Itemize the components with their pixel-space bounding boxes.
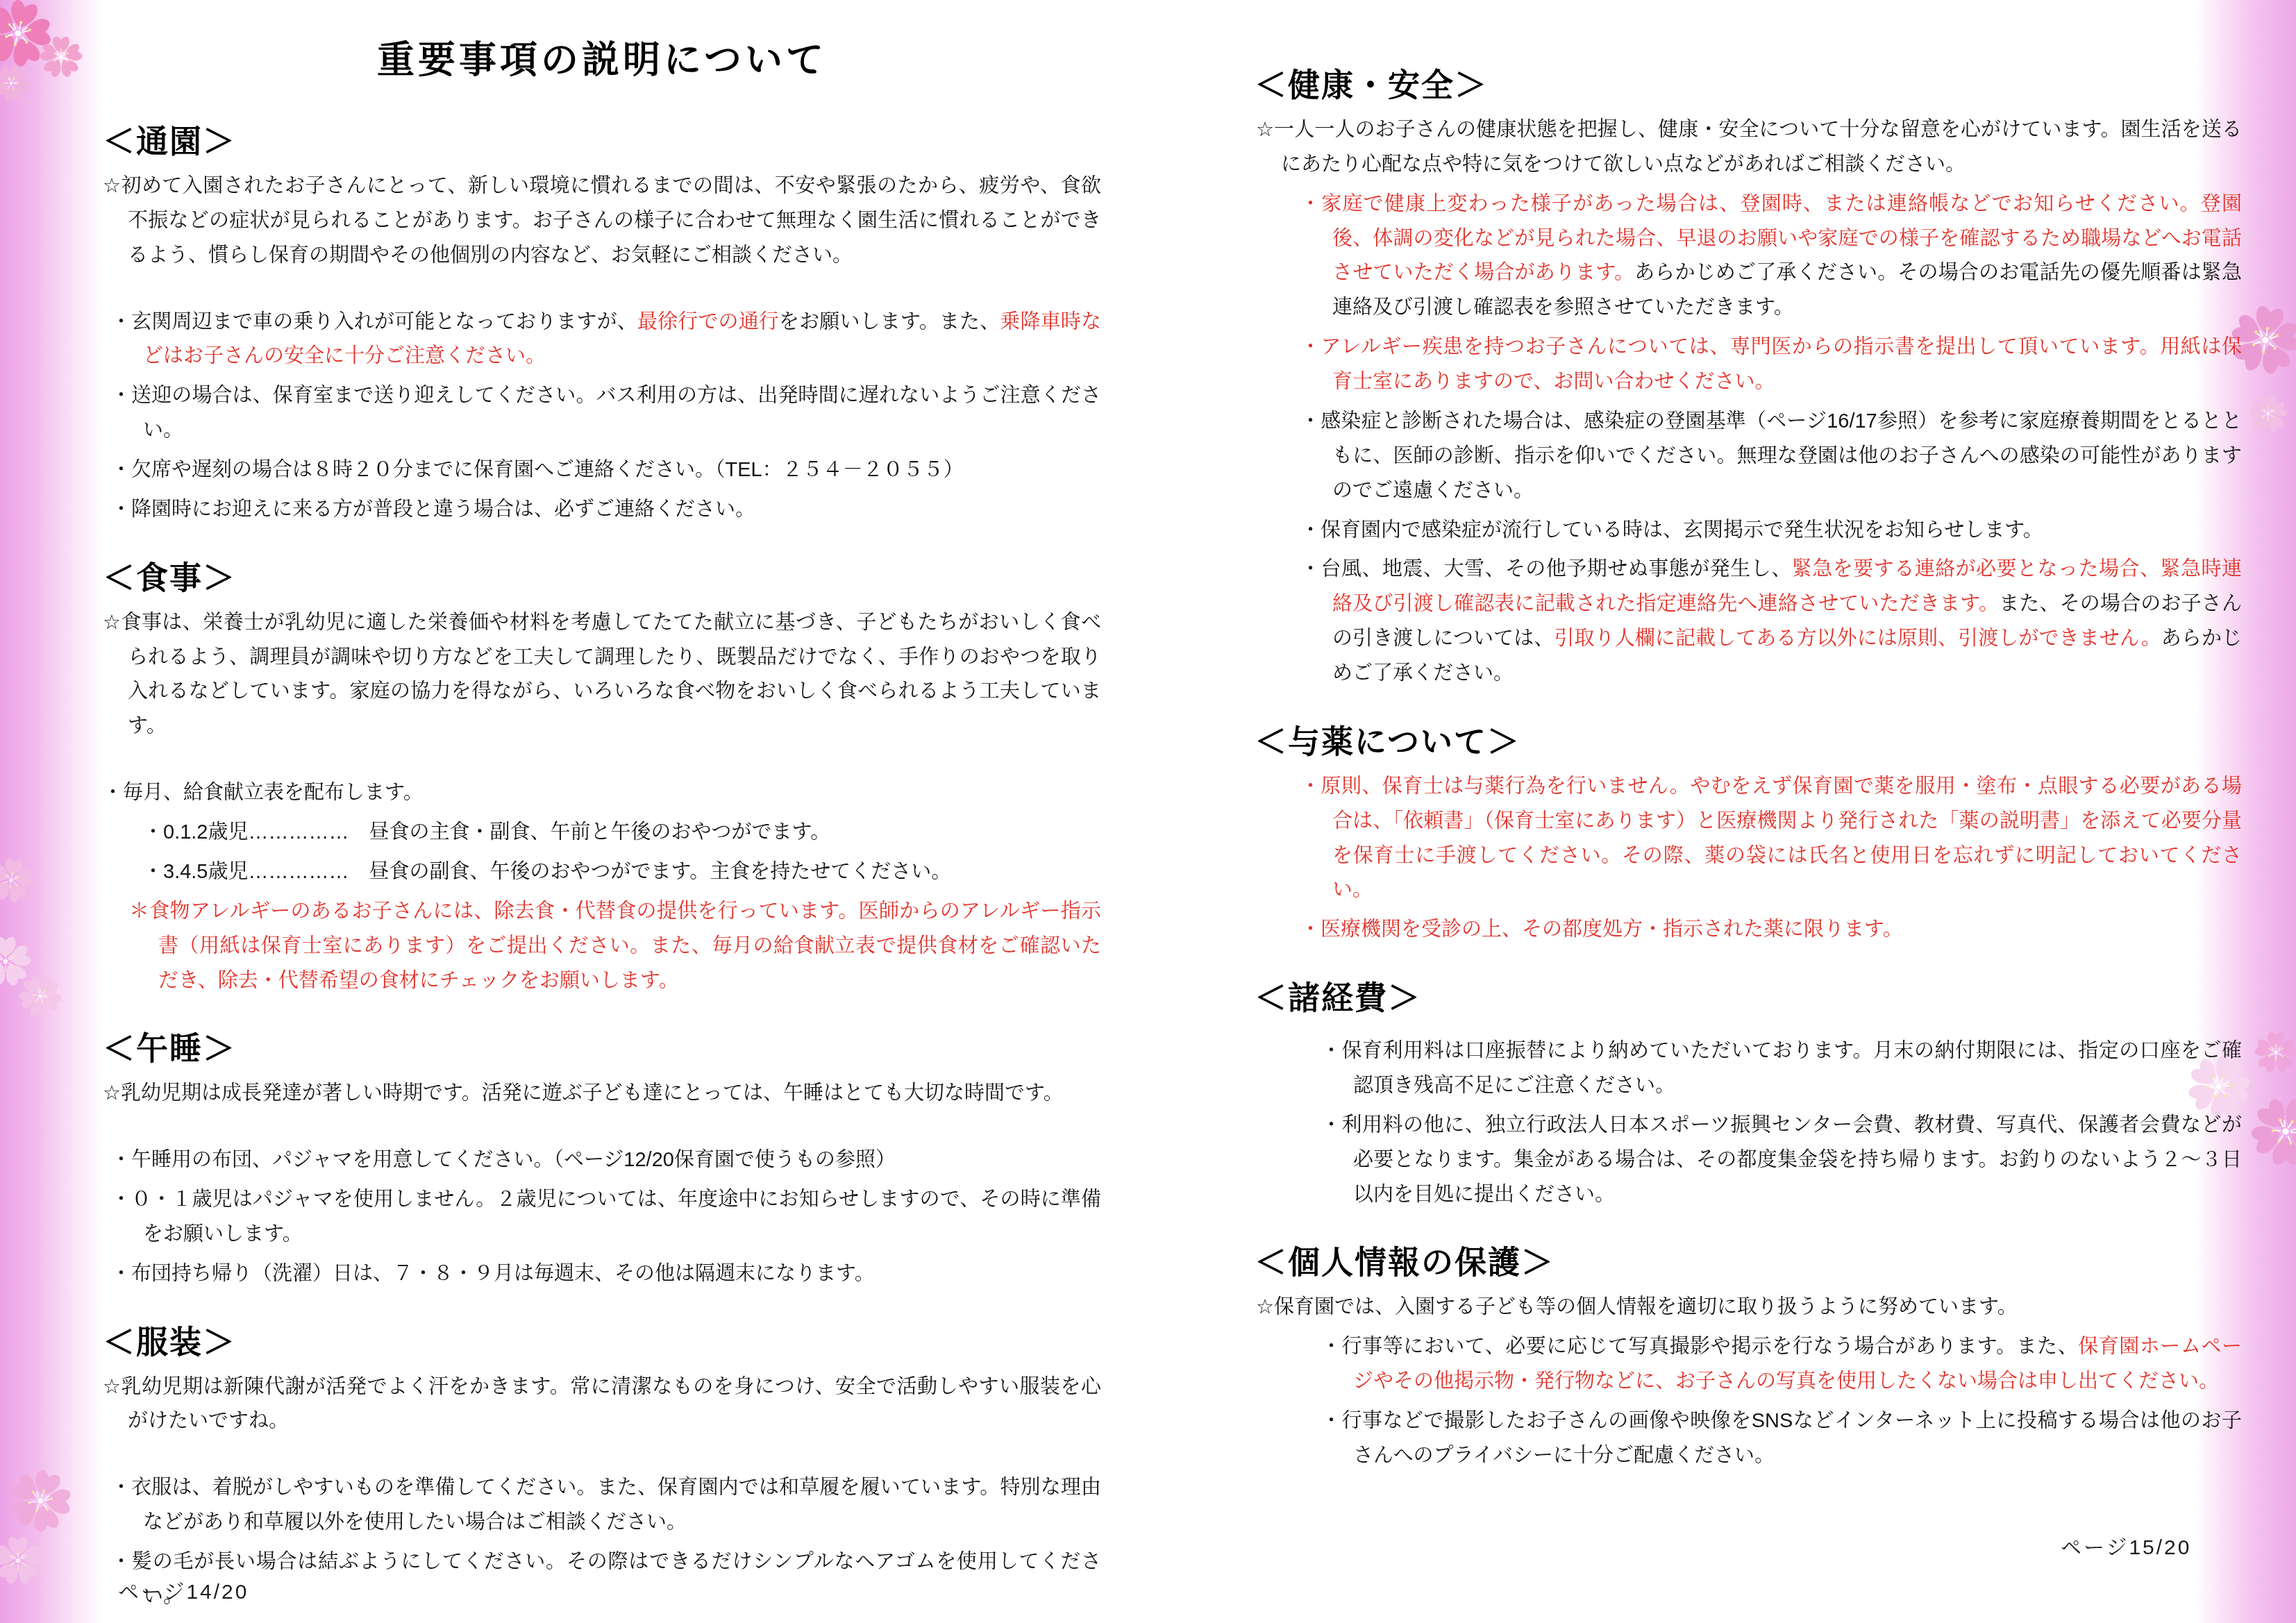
paragraph: ☆初めて入園されたお子さんにとって、新しい環境に慣れるまでの間は、不安や緊張のた… bbox=[103, 169, 1101, 274]
page-left: 重要事項の説明について ＜通園＞☆初めて入園されたお子さんにとって、新しい環境に… bbox=[103, 24, 1101, 1620]
text-segment: ☆一人一人のお子さんの健康状態を把握し、健康・安全について十分な留意を心がけてい… bbox=[1256, 119, 2242, 176]
sakura-flower-icon bbox=[2236, 1084, 2296, 1181]
sakura-flower-icon bbox=[2249, 396, 2288, 433]
text-segment: ・送迎の場合は、保育室まで送り迎えしてください。バス利用の方は、出発時間に遅れな… bbox=[111, 385, 1101, 442]
paragraph: ・衣服は、着脱がしやすいものを準備してください。また、保育園内では和草履を履いて… bbox=[111, 1471, 1101, 1540]
text-segment: ☆乳幼児期は成長発達が著しい時期です。活発に遊ぶ子ども達にとっては、午睡はとても… bbox=[103, 1082, 1064, 1104]
sakura-flower-icon bbox=[0, 1537, 44, 1586]
text-segment: ☆初めて入園されたお子さんにとって、新しい環境に慣れるまでの間は、不安や緊張のた… bbox=[103, 175, 1101, 267]
text-segment: ・午睡用の布団、パジャマを用意してください。（ページ12/20保育園で使うもの参… bbox=[111, 1149, 896, 1171]
sakura-flower-icon bbox=[0, 1461, 81, 1541]
page-right: ＜健康・安全＞☆一人一人のお子さんの健康状態を把握し、健康・安全について十分な留… bbox=[1255, 25, 2242, 1479]
paragraph: ・アレルギー疾患を持つお子さんについては、専門医からの指示書を提出して頂いていま… bbox=[1300, 330, 2242, 400]
text-segment: ・０・１歳児はパジャマを使用しません。２歳児については、年度途中にお知らせします… bbox=[111, 1188, 1101, 1245]
paragraph: ・台風、地震、大雪、その他予期せぬ事態が発生し、緊急を要する連絡が必要となった場… bbox=[1300, 553, 2242, 691]
sakura-flower-icon bbox=[39, 37, 83, 78]
text-segment: ・降園時にお迎えに来る方が普段と違う場合は、必ずご連絡ください。 bbox=[111, 498, 755, 521]
text-segment: ・0.1.2歳児…………… 昼食の主食・副食、午前と午後のおやつがでます。 bbox=[143, 821, 830, 843]
paragraph: ・医療機関を受診の上、その都度処方・指示された薬に限ります。 bbox=[1300, 913, 2242, 948]
page-number-left: ページ14/20 bbox=[118, 1574, 249, 1605]
paragraph: ・降園時にお迎えに来る方が普段と違う場合は、必ずご連絡ください。 bbox=[111, 493, 1101, 528]
text-segment: ・保育園内で感染症が流行している時は、玄関掲示で発生状況をお知らせします。 bbox=[1300, 519, 2043, 541]
paragraph: ・欠席や遅刻の場合は８時２０分までに保育園へご連絡ください。（TEL：２５４－２… bbox=[111, 453, 1101, 488]
paragraph: ・保育園内で感染症が流行している時は、玄関掲示で発生状況をお知らせします。 bbox=[1300, 514, 2242, 548]
sakura-flower-icon bbox=[0, 0, 60, 75]
section-heading: ＜健康・安全＞ bbox=[1255, 67, 2242, 103]
paragraph: ・0.1.2歳児…………… 昼食の主食・副食、午前と午後のおやつがでます。 bbox=[143, 816, 1101, 850]
text-segment: ・3.4.5歳児…………… 昼食の副食、午後のおやつがでます。主食を持たせてくだ… bbox=[143, 861, 951, 883]
text-segment: ・衣服は、着脱がしやすいものを準備してください。また、保育園内では和草履を履いて… bbox=[111, 1477, 1101, 1533]
text-segment: ☆食事は、栄養士が乳幼児に適した栄養価や材料を考慮してたてた献立に基づき、子ども… bbox=[103, 612, 1101, 738]
paragraph: ☆保育園では、入園する子ども等の個人情報を適切に取り扱うように努めています。 bbox=[1256, 1290, 2242, 1325]
text-segment: ・布団持ち帰り（洗濯）日は、７・８・９月は毎週末、その他は隔週末になります。 bbox=[111, 1263, 875, 1285]
paragraph: ・原則、保育士は与薬行為を行いません。やむをえず保育園で薬を服用・塗布・点眼する… bbox=[1300, 770, 2242, 909]
sakura-flower-icon bbox=[10, 966, 70, 1027]
section-heading: ＜通園＞ bbox=[103, 123, 1101, 160]
right-sections: ＜健康・安全＞☆一人一人のお子さんの健康状態を把握し、健康・安全について十分な留… bbox=[1255, 67, 2242, 1474]
paragraph: ・毎月、給食献立表を配布します。 bbox=[103, 776, 1101, 811]
paragraph: ☆食事は、栄養士が乳幼児に適した栄養価や材料を考慮してたてた献立に基づき、子ども… bbox=[103, 606, 1101, 745]
page-edge-gradient-left bbox=[0, 0, 104, 1623]
text-segment: ・玄関周辺まで車の乗り入れが可能となっておりますが、 bbox=[111, 311, 637, 333]
text-segment: ☆乳幼児期は新陳代謝が活発でよく汗をかきます。常に清潔なものを身につけ、安全で活… bbox=[103, 1376, 1101, 1433]
section-heading: ＜諸経費＞ bbox=[1255, 979, 2242, 1016]
text-segment: ・髪の毛が長い場合は結ぶようにしてください。その際はできるだけシンプルなヘアゴム… bbox=[111, 1551, 1101, 1608]
paragraph: ・０・１歳児はパジャマを使用しません。２歳児については、年度途中にお知らせします… bbox=[111, 1183, 1101, 1252]
text-segment: ・行事等において、必要に応じて写真撮影や掲示を行なう場合があります。また、 bbox=[1321, 1336, 2078, 1358]
text-segment: ・アレルギー疾患を持つお子さんについては、専門医からの指示書を提出して頂いていま… bbox=[1300, 336, 2242, 393]
text-segment: ・欠席や遅刻の場合は８時２０分までに保育園へご連絡ください。（TEL：２５４－２… bbox=[111, 459, 964, 481]
section-heading: ＜服装＞ bbox=[103, 1324, 1101, 1361]
paragraph: ☆乳幼児期は成長発達が著しい時期です。活発に遊ぶ子ども達にとっては、午睡はとても… bbox=[103, 1077, 1101, 1111]
left-sections: ＜通園＞☆初めて入園されたお子さんにとって、新しい環境に慣れるまでの間は、不安や… bbox=[103, 123, 1101, 1615]
sakura-flower-icon bbox=[0, 936, 32, 987]
page-number-right: ページ15/20 bbox=[2061, 1530, 2191, 1561]
section-heading: ＜午睡＞ bbox=[103, 1030, 1101, 1067]
paragraph: ・午睡用の布団、パジャマを用意してください。（ページ12/20保育園で使うもの参… bbox=[111, 1143, 1101, 1178]
paragraph: ・布団持ち帰り（洗濯）日は、７・８・９月は毎週末、その他は隔週末になります。 bbox=[111, 1257, 1101, 1292]
paragraph: ・行事等において、必要に応じて写真撮影や掲示を行なう場合があります。また、保育園… bbox=[1321, 1330, 2242, 1399]
text-segment: ・感染症と診断された場合は、感染症の登園基準（ページ16/17参照）を参考に家庭… bbox=[1300, 410, 2242, 502]
text-segment: ・医療機関を受診の上、その都度処方・指示された薬に限ります。 bbox=[1300, 918, 1903, 941]
paragraph: ☆乳幼児期は新陳代謝が活発でよく汗をかきます。常に清潔なものを身につけ、安全で活… bbox=[103, 1370, 1101, 1440]
text-segment: ☆保育園では、入園する子ども等の個人情報を適切に取り扱うように努めています。 bbox=[1256, 1296, 2018, 1318]
sakura-flower-icon bbox=[0, 58, 37, 109]
text-segment: ・毎月、給食献立表を配布します。 bbox=[103, 782, 424, 804]
paragraph: ・保育利用料は口座振替により納めていただいております。月末の納付期限には、指定の… bbox=[1321, 1034, 2242, 1104]
paragraph: ・3.4.5歳児…………… 昼食の副食、午後のおやつがでます。主食を持たせてくだ… bbox=[143, 855, 1101, 890]
sakura-flower-icon bbox=[2254, 1032, 2296, 1074]
paragraph: ・玄関周辺まで車の乗り入れが可能となっておりますが、最徐行での通行をお願いします… bbox=[111, 305, 1101, 375]
paragraph: ・利用料の他に、独立行政法人日本スポーツ振興センター会費、教材費、写真代、保護者… bbox=[1321, 1109, 2242, 1213]
paragraph: ＊食物アレルギーのあるお子さんには、除去食・代替食の提供を行っています。医師から… bbox=[129, 895, 1101, 999]
paragraph: ・行事などで撮影したお子さんの画像や映像をSNSなどインターネット上に投稿する場… bbox=[1321, 1404, 2242, 1474]
text-segment: 最徐行での通行 bbox=[637, 311, 779, 333]
text-segment: をお願いします。また、 bbox=[779, 311, 1000, 333]
text-segment: ＊食物アレルギーのあるお子さんには、除去食・代替食の提供を行っています。医師から… bbox=[129, 900, 1101, 992]
paragraph: ・感染症と診断された場合は、感染症の登園基準（ページ16/17参照）を参考に家庭… bbox=[1300, 405, 2242, 509]
paragraph: ☆一人一人のお子さんの健康状態を把握し、健康・安全について十分な留意を心がけてい… bbox=[1256, 113, 2242, 183]
section-heading: ＜与薬について＞ bbox=[1255, 723, 2242, 760]
paragraph: ・髪の毛が長い場合は結ぶようにしてください。その際はできるだけシンプルなヘアゴム… bbox=[111, 1545, 1101, 1615]
text-segment: ・原則、保育士は与薬行為を行いません。やむをえず保育園で薬を服用・塗布・点眼する… bbox=[1300, 775, 2242, 902]
page-title: 重要事項の説明について bbox=[103, 31, 1101, 84]
paragraph: ・家庭で健康上変わった様子があった場合は、登園時、または連絡帳などでお知らせくだ… bbox=[1300, 187, 2242, 326]
sakura-flower-icon bbox=[0, 855, 37, 907]
section-heading: ＜個人情報の保護＞ bbox=[1255, 1244, 2242, 1281]
text-segment: ・利用料の他に、独立行政法人日本スポーツ振興センター会費、教材費、写真代、保護者… bbox=[1321, 1114, 2242, 1206]
text-segment: ・保育利用料は口座振替により納めていただいております。月末の納付期限には、指定の… bbox=[1321, 1040, 2242, 1097]
text-segment: 引取り人欄に記載してある方以外には原則、引渡しができません。 bbox=[1554, 628, 2161, 650]
paragraph: ・送迎の場合は、保育室まで送り迎えしてください。バス利用の方は、出発時間に遅れな… bbox=[111, 379, 1101, 448]
text-segment: ・台風、地震、大雪、その他予期せぬ事態が発生し、 bbox=[1300, 558, 1792, 580]
section-heading: ＜食事＞ bbox=[103, 560, 1101, 596]
text-segment: ・行事などで撮影したお子さんの画像や映像をSNSなどインターネット上に投稿する場… bbox=[1321, 1410, 2242, 1467]
